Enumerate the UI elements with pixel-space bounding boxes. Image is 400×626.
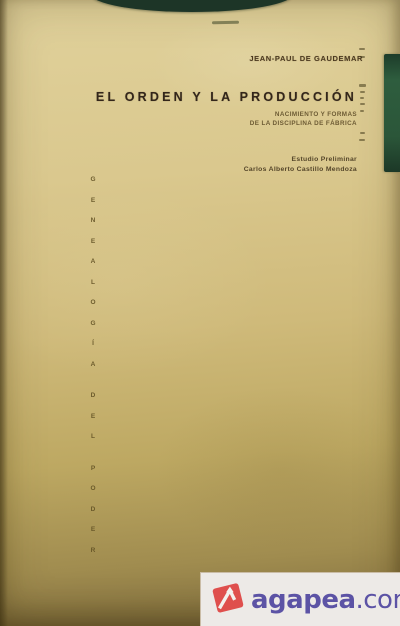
book-subtitle: NACIMIENTO Y FORMAS DE LA DISCIPLINA DE … (250, 111, 357, 128)
series-vertical-text: GENEALOGÍADELPODER (86, 176, 100, 567)
author-name: JEAN-PAUL DE GAUDEMAR (249, 54, 363, 63)
book-title: EL ORDEN Y LA PRODUCCIÓN (96, 90, 357, 104)
subtitle-line-2: DE LA DISCIPLINA DE FÁBRICA (250, 120, 357, 129)
credits: Estudio Preliminar Carlos Alberto Castil… (244, 155, 357, 175)
right-green-bar (384, 54, 400, 172)
book-cover-photo[interactable]: JEAN-PAUL DE GAUDEMAR EL ORDEN Y LA PROD… (0, 0, 400, 626)
agapea-watermark: agapea.com (200, 572, 400, 626)
subtitle-line-1: NACIMIENTO Y FORMAS (250, 111, 357, 120)
credit-line-2: Carlos Alberto Castillo Mendoza (244, 165, 357, 175)
small-cover-mark (212, 21, 239, 24)
spine-text-marks (356, 48, 368, 170)
credit-line-1: Estudio Preliminar (244, 155, 357, 165)
brand-wordmark: agapea.com (251, 585, 400, 615)
open-book-icon (210, 577, 246, 622)
brand-tld: .com (356, 585, 400, 615)
top-green-band (91, 0, 293, 12)
brand-name: agapea (251, 585, 356, 615)
